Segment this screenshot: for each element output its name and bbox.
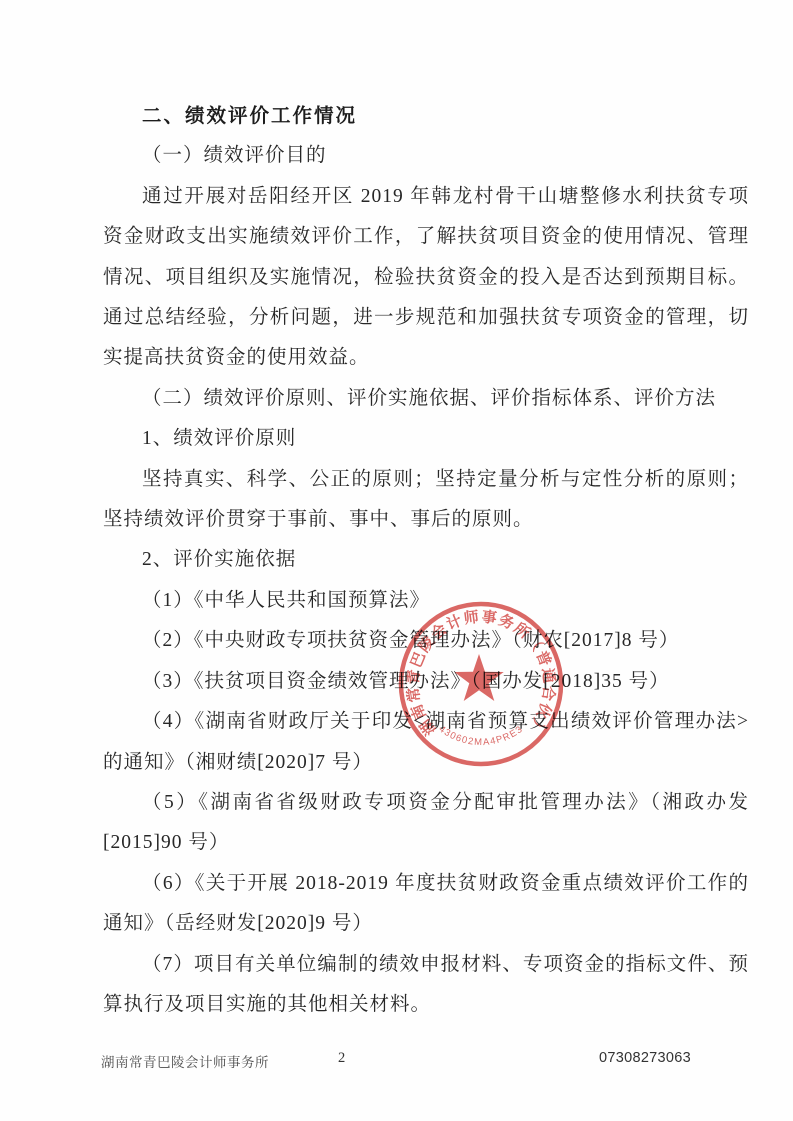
- subsection-heading: （一）绩效评价目的: [103, 136, 749, 176]
- section-heading: 二、绩效评价工作情况: [103, 96, 749, 136]
- footer-firm-name: 湖南常青巴陵会计师事务所: [101, 1051, 269, 1071]
- document-page: 二、绩效评价工作情况 （一）绩效评价目的 通过开展对岳阳经开区 2019 年韩龙…: [0, 0, 793, 1121]
- list-item: （2）《中央财政专项扶贫资金管理办法》（财农[2017]8 号）: [103, 621, 749, 661]
- list-item: （6）《关于开展 2018-2019 年度扶贫财政资金重点绩效评价工作的通知》（…: [103, 864, 749, 945]
- document-body: 二、绩效评价工作情况 （一）绩效评价目的 通过开展对岳阳经开区 2019 年韩龙…: [103, 96, 749, 1025]
- subsection-heading: （二）绩效评价原则、评价实施依据、评价指标体系、评价方法: [103, 379, 749, 419]
- page-number: 2: [338, 1050, 346, 1067]
- list-item: （4）《湖南省财政厅关于印发<湖南省预算支出绩效评价管理办法>的通知》（湘财绩[…: [103, 702, 749, 783]
- paragraph: 通过开展对岳阳经开区 2019 年韩龙村骨干山塘整修水利扶贫专项资金财政支出实施…: [103, 177, 749, 379]
- list-heading: 2、评价实施依据: [103, 540, 749, 580]
- list-item: （3）《扶贫项目资金绩效管理办法》（国办发[2018]35 号）: [103, 662, 749, 702]
- list-item: （1）《中华人民共和国预算法》: [103, 581, 749, 621]
- footer-phone-number: 07308273063: [599, 1050, 691, 1066]
- paragraph: 坚持真实、科学、公正的原则；坚持定量分析与定性分析的原则；坚持绩效评价贯穿于事前…: [103, 460, 749, 541]
- list-item: （5）《湖南省省级财政专项资金分配审批管理办法》（湘政办发[2015]90 号）: [103, 783, 749, 864]
- page-footer: 湖南常青巴陵会计师事务所 2 07308273063: [0, 1048, 793, 1074]
- list-item: （7）项目有关单位编制的绩效申报材料、专项资金的指标文件、预算执行及项目实施的其…: [103, 945, 749, 1026]
- list-heading: 1、绩效评价原则: [103, 419, 749, 459]
